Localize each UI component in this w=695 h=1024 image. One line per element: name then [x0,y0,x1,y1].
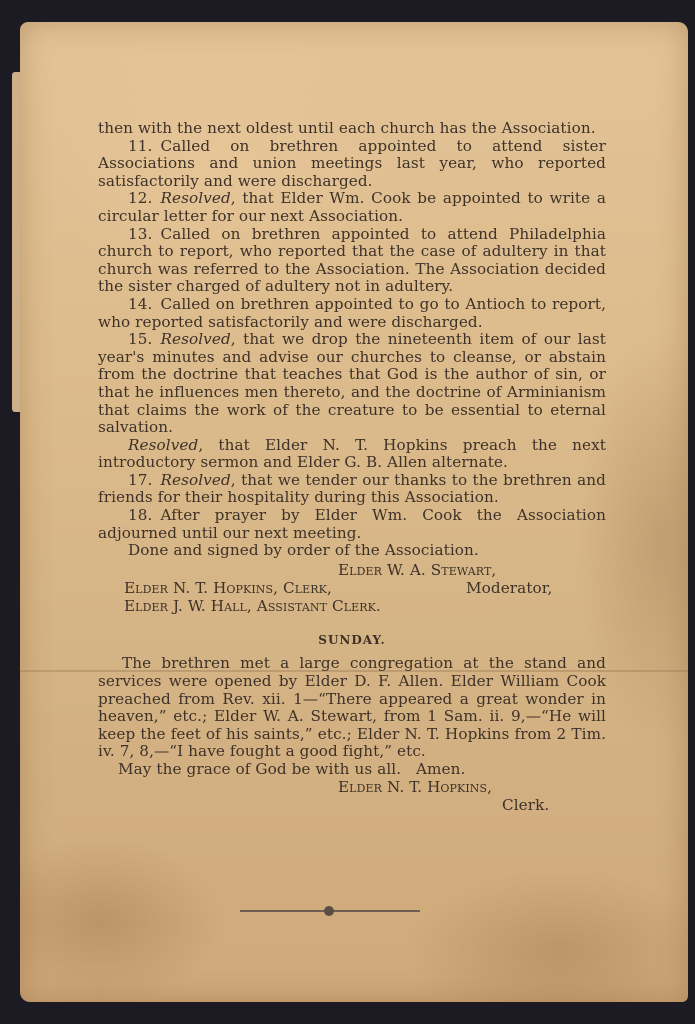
minutes-item: 14.Called on brethren appointed to go to… [98,296,606,331]
minutes-item: 11.Called on brethren appointed to atten… [98,138,606,191]
resolved-label: Resolved [160,189,230,207]
closing-signature: Elder N. T. Hopkins, Clerk. [98,779,606,819]
moderator-title: Moderator, [466,580,552,598]
minutes-item: 18.After prayer by Elder Wm. Cook the As… [98,507,606,542]
ornament-dot-icon [324,906,334,916]
closing-title: Clerk. [502,797,549,815]
minutes-item: Done and signed by order of the Associat… [98,542,606,560]
clerk-signature: Elder N. T. Hopkins, Clerk, [124,580,332,598]
moderator-name: Elder W. A. Stewart, [338,562,496,580]
sunday-heading: SUNDAY. [98,632,606,650]
resolved-label: Resolved [160,330,230,348]
closing-name: Elder N. T. Hopkins, [338,779,492,797]
sunday-paragraph: The brethren met a large congregation at… [98,655,606,761]
signature-block: Elder W. A. Stewart, Elder N. T. Hopkins… [98,562,606,618]
item-number: 17. [128,471,152,489]
minutes-item: 13.Called on brethren appointed to atten… [98,226,606,296]
resolved-label: Resolved [128,436,198,454]
minutes-item: 15.Resolved, that we drop the nineteenth… [98,331,606,437]
minutes-item: then with the next oldest until each chu… [98,120,606,138]
minutes-item: Resolved, that Elder N. T. Hopkins preac… [98,437,606,472]
ornament-divider [240,910,420,912]
item-number: 13. [128,225,152,243]
item-number: 12. [128,189,152,207]
minutes-paragraphs: then with the next oldest until each chu… [98,120,606,560]
item-number: 18. [128,506,152,524]
minutes-item: 12.Resolved, that Elder Wm. Cook be appo… [98,190,606,225]
blessing-line: May the grace of God be with us all. Ame… [98,761,606,779]
item-number: 11. [128,137,152,155]
assistant-clerk-signature: Elder J. W. Hall, Assistant Clerk. [124,598,381,616]
document-body: then with the next oldest until each chu… [98,120,606,819]
minutes-item: 17.Resolved, that we tender our thanks t… [98,472,606,507]
item-number: 14. [128,295,152,313]
item-number: 15. [128,330,152,348]
resolved-label: Resolved [160,471,230,489]
